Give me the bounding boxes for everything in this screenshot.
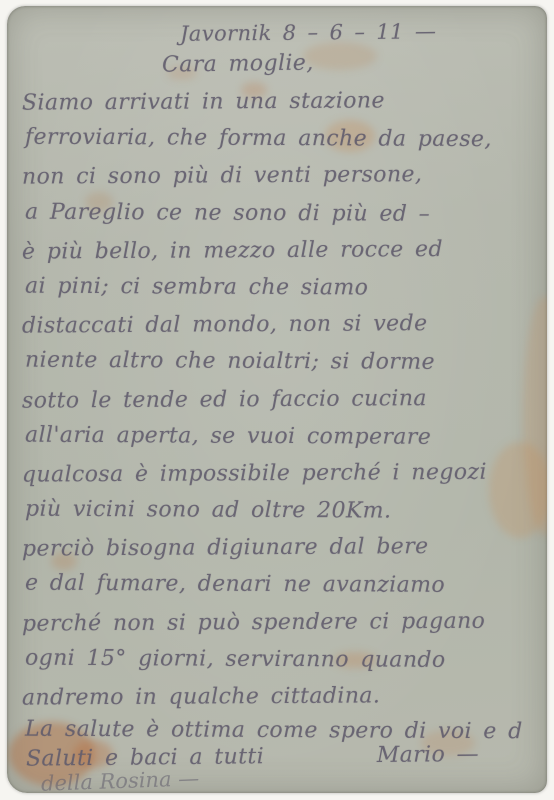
handwritten-line: più vicini sono ad oltre 20Km. (25, 491, 541, 531)
handwritten-line: perché non si può spendere ci pagano (22, 602, 541, 642)
handwritten-line: ferroviaria, che forma anche da paese, (25, 119, 541, 159)
handwritten-line: ai pini; ci sembra che siamo (25, 268, 541, 308)
handwritten-line: a Pareglio ce ne sono di più ed – (25, 193, 541, 233)
handwritten-line: sotto le tende ed io faccio cucina (22, 379, 541, 419)
handwritten-line: all'aria aperta, se vuoi comperare (25, 416, 541, 456)
scan-background: Javornik 8 – 6 – 11 — Cara moglie, Siamo… (0, 0, 554, 800)
closing-row: Saluti e baci a tutti Mario — (22, 741, 541, 772)
signature: Mario — (377, 742, 480, 769)
dateline: Javornik 8 – 6 – 11 — (180, 18, 541, 46)
handwritten-line: andremo in qualche cittadina. (22, 676, 541, 716)
handwritten-line: e dal fumare, denari ne avanziamo (25, 565, 541, 605)
handwritten-line: ogni 15° giorni, serviranno quando (25, 639, 541, 679)
handwritten-line: distaccati dal mondo, non si vede (22, 305, 541, 345)
handwritten-line: è più bello, in mezzo alle rocce ed (22, 230, 541, 270)
salutation: Cara moglie, (162, 47, 541, 77)
handwriting: Javornik 8 – 6 – 11 — Cara moglie, Siamo… (7, 6, 547, 793)
postscript: della Rosina — (41, 766, 200, 793)
letter-body: Siamo arrivati in una stazione ferroviar… (22, 83, 541, 746)
handwritten-line: non ci sono più di venti persone, (22, 156, 541, 196)
postcard: Javornik 8 – 6 – 11 — Cara moglie, Siamo… (7, 6, 547, 793)
handwritten-line: qualcosa è impossibile perché i negozi (22, 453, 541, 493)
handwritten-line: perciò bisogna digiunare dal bere (22, 528, 541, 568)
handwritten-line: niente altro che noialtri; si dorme (25, 342, 541, 382)
handwritten-line: Siamo arrivati in una stazione (22, 81, 541, 121)
